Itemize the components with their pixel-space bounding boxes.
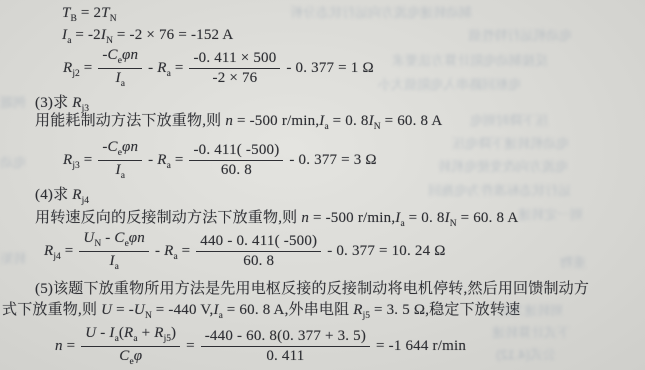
math-variable: T xyxy=(101,5,110,21)
math-subscript: j5 xyxy=(363,306,370,326)
text-run: 440 - 0. 411( -500) xyxy=(200,233,317,249)
math-subscript: N xyxy=(450,214,457,234)
math-subscript: a xyxy=(115,262,119,273)
math-variable: φn xyxy=(129,230,145,246)
fraction: -CeφnIa xyxy=(98,138,142,183)
fraction-denominator: 0. 411 xyxy=(262,347,308,366)
line-text-5b: 式下放重物,则 U = -UN = -440 V,Ia = 60. 8 A,外串… xyxy=(2,300,520,326)
line-eq-rj2: Rj2 = -CeφnIa - Ra = -0. 411 × 500-2 × 7… xyxy=(63,46,374,91)
fraction-denominator: Ceφ xyxy=(115,347,146,369)
text-run: = xyxy=(178,243,195,259)
text-run: = 60. 8 A,外串电阻 xyxy=(223,302,353,318)
text-run: -0. 411 × 500 xyxy=(193,50,276,66)
text-run: + xyxy=(138,325,155,341)
math-variable: C xyxy=(114,230,124,246)
fraction-denominator: -2 × 76 xyxy=(209,69,262,88)
text-run: - xyxy=(144,152,157,168)
text-run: (5)该题下放重物所用方法是先用电枢反接的反接制动将电机停转,然后用回馈制动方 xyxy=(35,281,589,297)
text-run: = 60. 8 A xyxy=(457,210,519,226)
fraction-denominator: 60. 8 xyxy=(239,252,278,271)
bleedthrough-text: 压下降时则电 xyxy=(470,110,548,129)
math-variable: n xyxy=(225,113,233,129)
line-text-3: 用能耗制动方法下放重物,则 n = -500 r/min,Ia = 0. 8IN… xyxy=(35,111,442,137)
fraction-denominator: Ia xyxy=(112,161,129,183)
math-subscript: j3 xyxy=(72,156,79,176)
bleedthrough-text: 电流方向改变使电机转 xyxy=(438,156,568,175)
fraction-numerator: -Ceφn xyxy=(98,46,142,68)
fraction-denominator: Ia xyxy=(105,252,122,274)
fraction-denominator: 60. 8 xyxy=(217,161,256,180)
text-run: = xyxy=(171,152,188,168)
fraction: U - Ia(Ra + Rj5)Ceφ xyxy=(81,324,180,369)
text-run: = -500 r/min, xyxy=(309,210,395,226)
math-variable: R xyxy=(157,60,166,76)
math-variable: R xyxy=(72,187,81,203)
text-run: = xyxy=(171,60,188,76)
text-run: -0. 411( -500) xyxy=(193,142,279,158)
math-variable: C xyxy=(108,47,118,63)
line-eq-speed: n = U - Ia(Ra + Rj5)Ceφ = -440 - 60. 8(0… xyxy=(55,324,466,369)
text-run: - 0. 377 = 10. 24 Ω xyxy=(323,243,445,259)
text-run: - xyxy=(96,325,109,341)
bleedthrough-text: 公式(4.12) xyxy=(496,344,556,363)
text-run: 0. 411 xyxy=(266,348,304,364)
math-variable: U xyxy=(134,302,145,318)
text-run: = 2 xyxy=(77,5,101,21)
text-run: (3)求 xyxy=(35,95,72,111)
math-subscript: a xyxy=(121,79,125,90)
bleedthrough-text: 电动 xyxy=(0,152,26,171)
text-run: = -440 V, xyxy=(152,302,214,318)
text-run: = xyxy=(63,338,80,354)
bleedthrough-text: 制动转速电流方向运行状态分析 xyxy=(290,2,472,21)
math-variable: φ xyxy=(134,348,143,364)
text-run: = 60. 8 A xyxy=(381,113,443,129)
text-run: = xyxy=(61,243,78,259)
math-subscript: j4 xyxy=(53,247,60,267)
fraction-numerator: 440 - 0. 411( -500) xyxy=(196,232,321,251)
bleedthrough-text: 电枢回路串入电阻值大小 xyxy=(378,74,521,93)
text-run: - xyxy=(101,230,114,246)
text-run: = 3. 5 Ω,稳定下放转速 xyxy=(370,302,520,318)
math-variable: C xyxy=(108,139,118,155)
math-variable: R xyxy=(44,243,53,259)
math-variable: φn xyxy=(122,47,138,63)
fraction-numerator: UN - Ceφn xyxy=(79,229,149,251)
bleedthrough-text: 反接制动电阻计算方法要求 xyxy=(392,50,548,69)
text-run: 60. 8 xyxy=(243,253,274,269)
text-run: - xyxy=(151,243,164,259)
bleedthrough-text: 运行状态标准件为电拖回 xyxy=(428,180,571,199)
text-run: = -1 644 r/min xyxy=(372,338,466,354)
text-run: (4)求 xyxy=(35,187,72,203)
math-subscript: j2 xyxy=(72,64,79,84)
bleedthrough-text: 例题 xyxy=(0,92,26,111)
text-run: = xyxy=(80,152,97,168)
bleedthrough-text: 重物 xyxy=(560,252,586,271)
fraction: -440 - 60. 8(0. 377 + 3. 5)0. 411 xyxy=(201,327,370,367)
math-variable: n xyxy=(55,338,63,354)
text-run: = 0. 8 xyxy=(329,113,369,129)
fraction: -0. 411( -500)60. 8 xyxy=(189,141,283,181)
math-variable: R xyxy=(353,302,362,318)
bleedthrough-text: 则一定转速 xyxy=(518,204,583,223)
text-run: = -2 xyxy=(71,27,100,43)
math-variable: R xyxy=(63,152,72,168)
math-variable: R xyxy=(157,152,166,168)
math-subscript: N xyxy=(145,306,152,326)
fraction-numerator: -440 - 60. 8(0. 377 + 3. 5) xyxy=(201,327,370,346)
math-variable: R xyxy=(154,325,163,341)
text-run: = xyxy=(182,338,199,354)
fraction-numerator: -0. 411( -500) xyxy=(189,141,283,160)
text-run: -440 - 60. 8(0. 377 + 3. 5) xyxy=(205,328,366,344)
scanned-page: TB = 2TNIa = -2IN = -2 × 76 = -152 ARj2 … xyxy=(0,0,645,370)
math-variable: R xyxy=(63,60,72,76)
text-run: -2 × 76 xyxy=(213,70,258,86)
text-run: - 0. 377 = 3 Ω xyxy=(285,152,376,168)
math-variable: φn xyxy=(122,139,138,155)
math-variable: C xyxy=(119,348,129,364)
fraction-denominator: Ia xyxy=(112,69,129,91)
text-run: 60. 8 xyxy=(221,162,252,178)
fraction: 440 - 0. 411( -500)60. 8 xyxy=(196,232,321,272)
math-subscript: N xyxy=(374,117,381,137)
fraction: UN - CeφnIa xyxy=(79,229,149,274)
line-eq-rj3: Rj3 = -CeφnIa - Ra = -0. 411( -500)60. 8… xyxy=(63,138,377,183)
math-subscript: a xyxy=(121,171,125,182)
text-run: - xyxy=(144,60,157,76)
math-variable: n xyxy=(301,210,309,226)
text-run: = xyxy=(80,60,97,76)
fraction-numerator: -Ceφn xyxy=(98,138,142,160)
bleedthrough-text: 电动机运行特性值 xyxy=(468,25,572,44)
text-run: ) xyxy=(171,325,176,341)
text-run: = -2 × 76 = -152 A xyxy=(113,27,233,43)
fraction: -CeφnIa xyxy=(98,46,142,91)
math-variable: T xyxy=(62,5,71,21)
bleedthrough-text: 转矩 xyxy=(0,248,26,267)
text-run: 用能耗制动方法下放重物,则 xyxy=(35,113,225,129)
line-eq-rj4: Rj4 = UN - CeφnIa - Ra = 440 - 0. 411( -… xyxy=(44,229,446,274)
math-variable: U xyxy=(83,230,94,246)
line-text-5a: (5)该题下放重物所用方法是先用电枢反接的反接制动将电机停转,然后用回馈制动方 xyxy=(35,279,589,299)
text-run: - 0. 377 = 1 Ω xyxy=(282,60,373,76)
fraction-numerator: -0. 411 × 500 xyxy=(189,49,280,68)
fraction-numerator: U - Ia(Ra + Rj5) xyxy=(81,324,180,346)
fraction: -0. 411 × 500-2 × 76 xyxy=(189,49,280,89)
text-run: = - xyxy=(112,302,134,318)
math-variable: U xyxy=(85,325,96,341)
math-variable: U xyxy=(101,302,112,318)
text-run: = 0. 8 xyxy=(405,210,445,226)
bleedthrough-text: 电动机转速下降电压 xyxy=(452,133,569,152)
math-variable: R xyxy=(72,95,81,111)
text-run: = -500 r/min, xyxy=(233,113,319,129)
text-run: 式下放重物,则 xyxy=(2,302,101,318)
math-subscript: j5 xyxy=(164,334,171,345)
text-run: 用转速反向的反接制动方法下放重物,则 xyxy=(35,210,301,226)
